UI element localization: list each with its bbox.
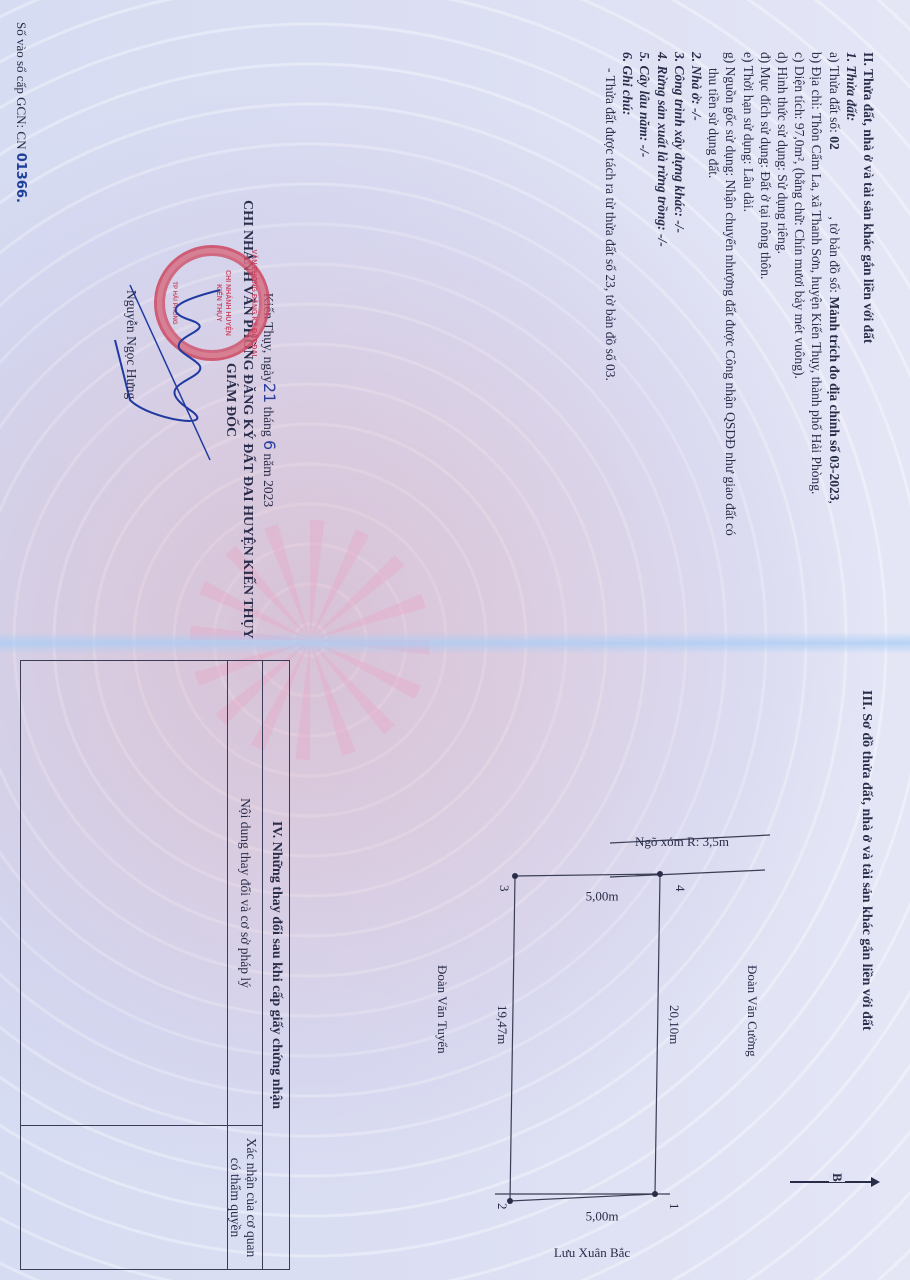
- production-forest: 4. Rừng sản xuất là rừng trồng: -/-: [653, 52, 670, 612]
- date-month-label: tháng: [261, 407, 276, 437]
- area: c) Diện tích: 97,0m², (bằng chữ: Chín mư…: [791, 52, 808, 612]
- certificate-sheet: II. Thửa đất, nhà ở và tài sản khác gắn …: [0, 0, 910, 1280]
- confirm-header-line1: Xác nhận của cơ quan: [243, 1126, 259, 1269]
- land-heading: 1. Thửa đất:: [843, 52, 860, 612]
- edge-3-4-length: 5,00m: [586, 888, 619, 904]
- usage-form: d) Hình thức sử dụng: Sử dụng riêng.: [774, 52, 791, 612]
- date-day: 21: [260, 383, 279, 403]
- date-year: năm 2023: [261, 454, 276, 508]
- usage-origin: g) Nguồn gốc sử dụng: Nhận chuyển nhượng…: [722, 52, 739, 612]
- edge-2-3-length: 19,47m: [494, 1005, 510, 1044]
- point-4: 4: [672, 885, 688, 892]
- parcel-number: 02: [827, 136, 842, 150]
- perennial-trees: 5. Cây lâu năm: -/-: [636, 52, 653, 612]
- road-label: Ngõ xóm R: 3,5m: [635, 834, 729, 850]
- section-ii-title: II. Thửa đất, nhà ở và tài sản khác gắn …: [860, 52, 877, 612]
- point-2: 2: [494, 1203, 510, 1210]
- confirm-column: Xác nhận của cơ quan có thẩm quyền: [21, 1126, 263, 1269]
- confirm-header-line2: có thẩm quyền: [227, 1126, 243, 1269]
- usage-purpose: đ) Mục đích sử dụng: Đất ở tại nông thôn…: [757, 52, 774, 612]
- registry-value: 01366.: [13, 153, 28, 203]
- edge-1-4-length: 20,10m: [666, 1005, 682, 1044]
- neighbor-bottom: Đoàn Văn Tuyển: [434, 965, 450, 1054]
- notes: - Thửa đất được tách ra từ thửa đất số 2…: [602, 52, 619, 612]
- edge-1-2-length: 5,00m: [586, 1208, 619, 1224]
- usage-term: e) Thời hạn sử dụng: Lâu dài.: [739, 52, 756, 612]
- changes-cell: [22, 661, 227, 1125]
- parcel-diagram: [290, 655, 910, 1280]
- section-ii: II. Thửa đất, nhà ở và tài sản khác gắn …: [602, 52, 877, 612]
- signer-name: Nguyễn Ngọc Hưng: [123, 290, 140, 399]
- parcel-number-label: a) Thửa đất số:: [827, 52, 842, 133]
- point-3: 3: [496, 885, 512, 892]
- stamp-ring-text: VĂN PHÒNG ĐĂNG KÝ ĐẤT ĐAI: [250, 248, 257, 358]
- section-iv-title: IV. Những thay đổi sau khi cấp giấy chứn…: [262, 661, 289, 1269]
- registry-label: Số vào sổ cấp GCN: CN: [14, 22, 29, 149]
- changes-table: IV. Những thay đổi sau khi cấp giấy chứn…: [20, 660, 290, 1270]
- left-page: II. Thửa đất, nhà ở và tài sản khác gắn …: [0, 0, 910, 630]
- right-page: III. Sơ đồ thửa đất, nhà ở và tài sản kh…: [0, 655, 910, 1280]
- usage-origin-cont: thu tiền sử dụng đất.: [705, 52, 722, 612]
- parcel-line: a) Thửa đất số: 02 , tờ bản đồ số: Mảnh …: [825, 52, 842, 612]
- house: 2. Nhà ở: -/-: [688, 52, 705, 612]
- confirm-column-header: Xác nhận của cơ quan có thẩm quyền: [227, 1126, 263, 1269]
- map-sheet-label: , tờ bản đồ số:: [827, 217, 842, 294]
- changes-column-header: Nội dung thay đổi và cơ sở pháp lý: [227, 661, 263, 1125]
- issue-date: Kiến Thụy, ngày21 tháng 6 năm 2023: [260, 200, 278, 600]
- page-fold: [0, 632, 910, 654]
- point-1: 1: [666, 1203, 682, 1210]
- changes-column: Nội dung thay đổi và cơ sở pháp lý: [21, 661, 263, 1126]
- registry-number: Số vào sổ cấp GCN: CN 01366.: [12, 22, 30, 203]
- address: b) Địa chỉ: Thôn Cẩm La, xã Thanh Sơn, h…: [808, 52, 825, 612]
- notes-heading: 6. Ghi chú:: [619, 52, 636, 612]
- other-construction: 3. Công trình xây dựng khác: -/-: [671, 52, 688, 612]
- neighbor-top: Đoàn Văn Cường: [744, 965, 760, 1057]
- date-month: 6: [260, 440, 279, 450]
- neighbor-right: Lưu Xuân Bắc: [554, 1245, 630, 1261]
- confirm-cell: [22, 1126, 227, 1269]
- map-sheet: Mảnh trích đo địa chính số 03-2023: [827, 296, 842, 500]
